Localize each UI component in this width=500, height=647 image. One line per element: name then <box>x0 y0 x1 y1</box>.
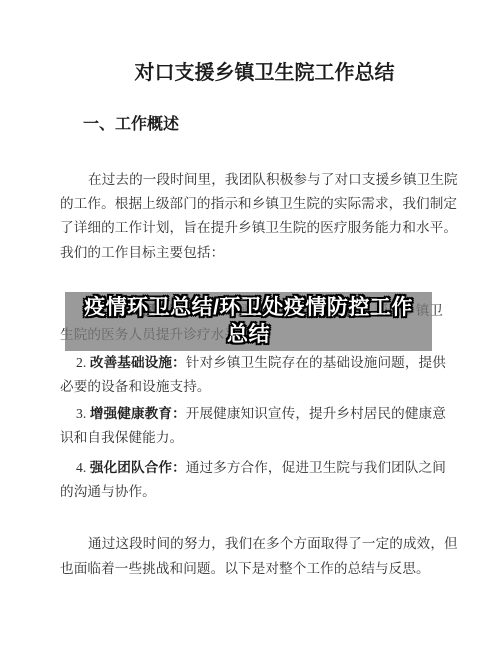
list-item-term: 增强健康教育： <box>90 406 186 421</box>
document-page: 对口支援乡镇卫生院工作总结 一、工作概述 在过去的一段时间里，我团队积极参与了对… <box>0 0 500 647</box>
list-item-2-line-2: 必要的设备和设施支持。 <box>60 379 443 394</box>
list-item-text: 开展健康知识宣传，提升乡村居民的健康意 <box>186 406 446 421</box>
doc-title: 对口支援乡镇卫生院工作总结 <box>60 62 443 85</box>
list-item-term: 改善基础设施： <box>90 355 186 370</box>
intro-line-1: 在过去的一段时间里，我团队积极参与了对口支援乡镇卫生院 <box>60 172 443 187</box>
list-item-3-line-2: 识和自我保健能力。 <box>60 430 443 445</box>
list-item-number: 3. <box>76 406 90 421</box>
closing-line-2: 也面临着一些挑战和问题。以下是对整个工作的总结与反思。 <box>60 561 443 576</box>
intro-line-3: 了详细的工作计划，旨在提升乡镇卫生院的医疗服务能力和水平。 <box>60 220 443 235</box>
intro-line-2: 的工作。根据上级部门的指示和乡镇卫生院的实际需求，我们制定 <box>60 196 443 211</box>
list-item-2-line-1: 2. 改善基础设施：针对乡镇卫生院存在的基础设施问题，提供 <box>60 355 443 370</box>
list-item-number: 2. <box>76 355 90 370</box>
list-item-text: 针对乡镇卫生院存在的基础设施问题，提供 <box>186 355 446 370</box>
list-item-term: 强化团队合作： <box>90 460 186 475</box>
list-item-text: 通过多方合作，促进卫生院与我们团队之间 <box>186 460 446 475</box>
intro-line-4: 我们的工作目标主要包括： <box>60 245 443 260</box>
closing-line-1: 通过这段时间的努力，我们在多个方面取得了一定的成效，但 <box>60 536 443 551</box>
list-item-4-line-1: 4. 强化团队合作：通过多方合作，促进卫生院与我们团队之间 <box>60 460 443 475</box>
watermark-text-line-1: 疫情环卫总结/环卫处疫情防控工作 <box>65 294 432 321</box>
list-item-3-line-1: 3. 增强健康教育：开展健康知识宣传，提升乡村居民的健康意 <box>60 406 443 421</box>
list-item-number: 4. <box>76 460 90 475</box>
watermark-overlay: 疫情环卫总结/环卫处疫情防控工作 总结 <box>65 292 432 351</box>
section-heading: 一、工作概述 <box>83 116 179 134</box>
list-item-4-line-2: 的沟通与协作。 <box>60 484 443 499</box>
watermark-text-line-2: 总结 <box>65 321 432 348</box>
